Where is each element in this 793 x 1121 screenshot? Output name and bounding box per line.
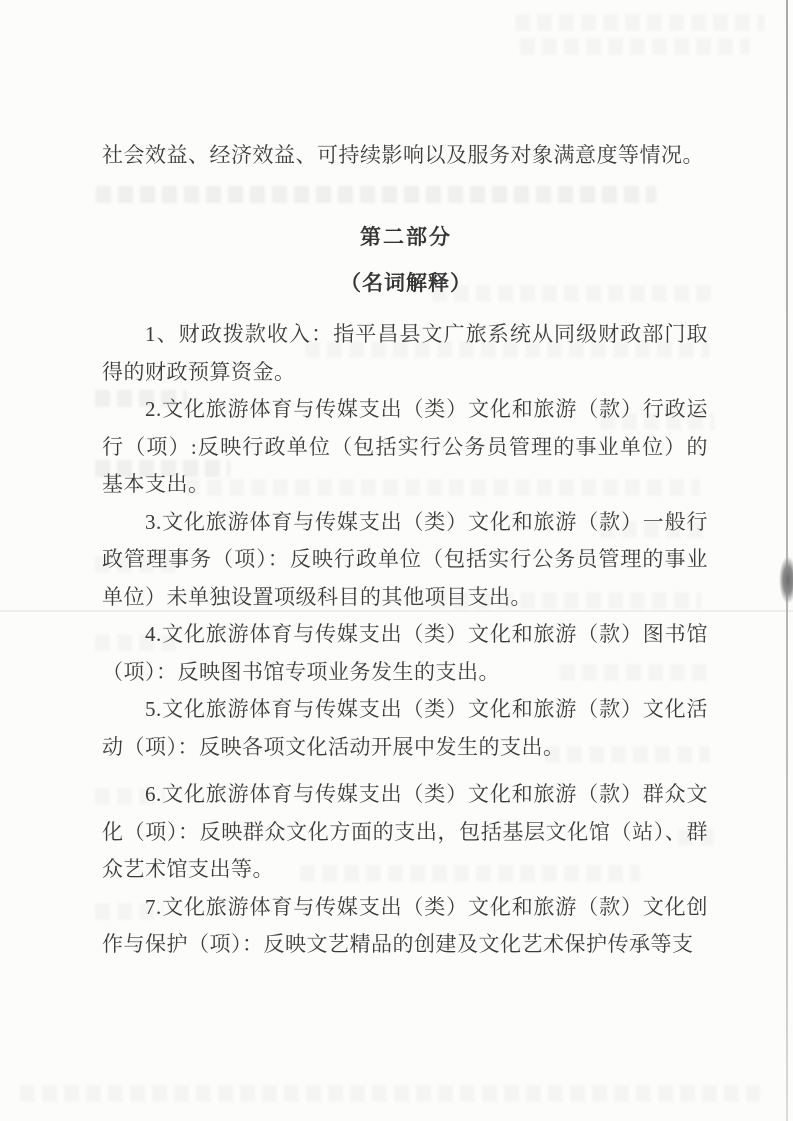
term-definition-1: 1、财政拨款收入：指平昌县文广旅系统从同级财政部门取得的财政预算资金。 (102, 316, 708, 391)
term-definition-6: 6.文化旅游体育与传媒支出（类）文化和旅游（款）群众文化（项）：反映群众文化方面… (102, 776, 708, 889)
term-definition-5: 5.文化旅游体育与传媒支出（类）文化和旅游（款）文化活动（项）：反映各项文化活动… (102, 691, 708, 766)
intro-paragraph: 社会效益、经济效益、可持续影响以及服务对象满意度等情况。 (102, 140, 710, 170)
section-title: 第二部分 (102, 221, 710, 251)
binder-shadow-artifact (779, 556, 793, 604)
terms-list: 1、财政拨款收入：指平昌县文广旅系统从同级财政部门取得的财政预算资金。 2.文化… (102, 316, 708, 964)
term-definition-2: 2.文化旅游体育与传媒支出（类）文化和旅游（款）行政运行（项）:反映行政单位（包… (102, 391, 708, 504)
term-definition-4: 4.文化旅游体育与传媒支出（类）文化和旅游（款）图书馆（项）：反映图书馆专项业务… (102, 616, 708, 691)
section-subtitle: （名词解释） (102, 267, 710, 297)
term-definition-3: 3.文化旅游体育与传媒支出（类）文化和旅游（款）一般行政管理事务（项）：反映行政… (102, 504, 708, 617)
document-content: 社会效益、经济效益、可持续影响以及服务对象满意度等情况。 第二部分 （名词解释）… (102, 0, 710, 1121)
term-definition-7: 7.文化旅游体育与传媒支出（类）文化和旅游（款）文化创作与保护（项）：反映文艺精… (102, 889, 708, 964)
scanned-document-page: 社会效益、经济效益、可持续影响以及服务对象满意度等情况。 第二部分 （名词解释）… (0, 0, 793, 1121)
